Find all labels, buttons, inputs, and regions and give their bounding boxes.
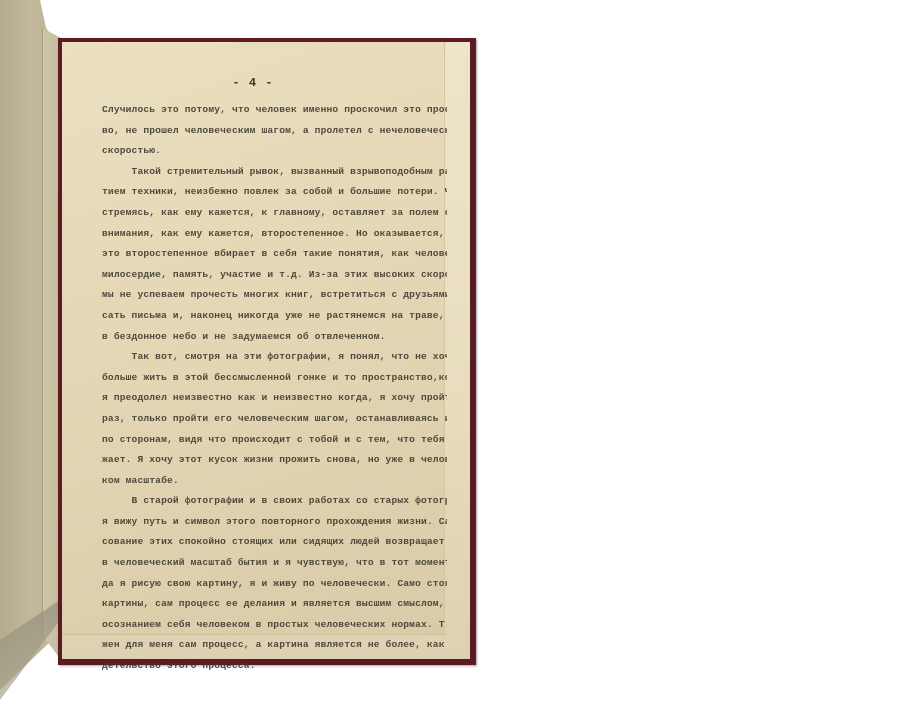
text-line: во, не прошел человеческим шагом, а прол…	[102, 121, 447, 142]
page-number: - 4 -	[62, 76, 444, 90]
text-line: мы не успеваем прочесть многих книг, вст…	[102, 285, 447, 306]
text-line: внимания, как ему кажется, второстепенно…	[102, 224, 447, 245]
typed-page: - 4 - Случилось это потому, что человек …	[62, 42, 445, 635]
text-line: В старой фотографии и в своих работах со…	[102, 491, 447, 512]
text-line: Случилось это потому, что человек именно…	[102, 100, 447, 121]
text-line: скоростью.	[102, 141, 447, 162]
text-line: милосердие, память, участие и т.д. Из-за…	[102, 265, 447, 286]
text-line: картины, сам процесс ее делания и являет…	[102, 594, 447, 615]
text-line: сование этих спокойно стоящих или сидящи…	[102, 532, 447, 553]
text-line: раз, только пройти его человеческим шаго…	[102, 409, 447, 430]
text-line: жает. Я хочу этот кусок жизни прожить сн…	[102, 450, 447, 471]
text-line: стремясь, как ему кажется, к главному, о…	[102, 203, 447, 224]
text-line: жен для меня сам процесс, а картина явля…	[102, 635, 447, 656]
text-line: в человеческий масштаб бытия и я чувству…	[102, 553, 447, 574]
typewritten-text: Случилось это потому, что человек именно…	[102, 100, 447, 677]
text-line: да я рисую свою картину, я и живу по чел…	[102, 574, 447, 595]
text-line: Так вот, смотря на эти фотографии, я пон…	[102, 347, 447, 368]
text-line: тием техники, неизбежно повлек за собой …	[102, 182, 447, 203]
text-line: по сторонам, видя что происходит с тобой…	[102, 430, 447, 451]
paper-sheet: - 4 - Случилось это потому, что человек …	[62, 42, 470, 659]
text-line: ком масштабе.	[102, 471, 447, 492]
text-line: осознанием себя человеком в простых чело…	[102, 615, 447, 636]
text-line: сать письма и, наконец никогда уже не ра…	[102, 306, 447, 327]
text-line: в бездонное небо и не задумаемся об отвл…	[102, 327, 447, 348]
text-line: я преодолел неизвестно как и неизвестно …	[102, 388, 447, 409]
text-line: больше жить в этой бессмысленной гонке и…	[102, 368, 447, 389]
text-line: это второстепенное вбирает в себя такие …	[102, 244, 447, 265]
text-line: детельство этого процесса.	[102, 656, 447, 677]
text-line: я вижу путь и символ этого повторного пр…	[102, 512, 447, 533]
text-line: Такой стремительный рывок, вызванный взр…	[102, 162, 447, 183]
